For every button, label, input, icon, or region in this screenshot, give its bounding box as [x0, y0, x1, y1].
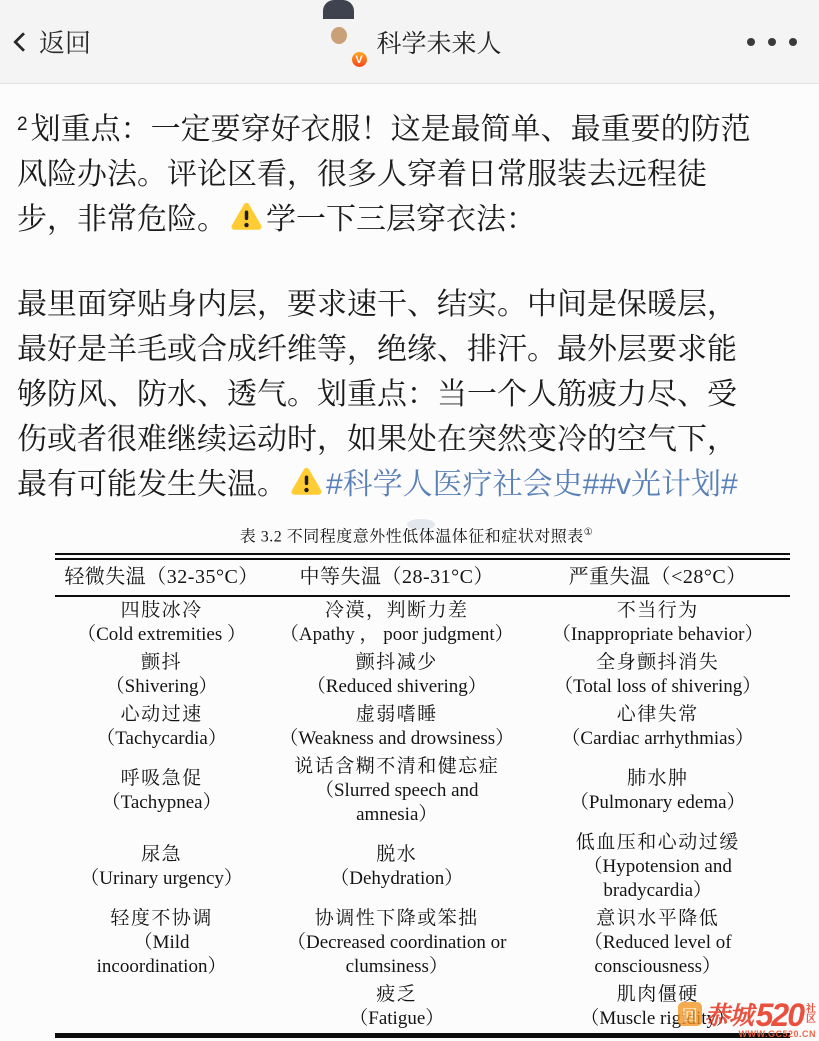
watermark-logo-icon: 回	[678, 1002, 702, 1026]
watermark-number: 520	[756, 1000, 803, 1030]
table-cell: 心律失常（Cardiac arrhythmias）	[525, 701, 790, 753]
hashtag-links: #科学人医疗社会史##v光计划#	[326, 468, 738, 501]
table-cell: 冷漠，判断力差（Apathy ， poor judgment）	[268, 596, 525, 649]
more-icon[interactable]	[747, 32, 797, 52]
symptom-table: 轻微失温（32-35°C）中等失温（28-31°C）严重失温（<28°C） 四肢…	[55, 553, 790, 1038]
chevron-left-icon	[13, 32, 33, 52]
table-cell: 心动过速（Tachycardia）	[55, 701, 268, 753]
table-cell: 颤抖（Shivering）	[55, 649, 268, 701]
watermark-url: WWW.GC520.CN	[678, 1029, 816, 1039]
table-cell: 肺水肿（Pulmonary edema）	[525, 753, 790, 829]
warning-emoji	[230, 200, 263, 233]
table-cell: 尿急（Urinary urgency）	[55, 829, 268, 905]
back-label: 返回	[39, 23, 91, 60]
post-paragraph-1: 2划重点：一定要穿好衣服！这是最简单、最重要的防范 风险办法。评论区看，很多人穿…	[17, 102, 802, 242]
paragraph-1-tail: 学一下三层穿衣法：	[266, 203, 536, 236]
table-cell: 呼吸急促（Tachypnea）	[55, 753, 268, 829]
table-cell: 颤抖减少（Reduced shivering）	[268, 649, 525, 701]
table-row: 心动过速（Tachycardia）虚弱嗜睡（Weakness and drows…	[55, 701, 790, 753]
table-row: 呼吸急促（Tachypnea）说话含糊不清和健忘症（Slurred speech…	[55, 753, 790, 829]
table-row: 四肢冰冷（Cold extremities ）冷漠，判断力差（Apathy ， …	[55, 596, 790, 649]
watermark-name: 恭城	[705, 1003, 753, 1031]
table-cell: 疲乏（Fatigue）	[268, 981, 525, 1036]
table-row: 轻度不协调（Mild incoordination）协调性下降或笨拙（Decre…	[55, 905, 790, 981]
table-row: 尿急（Urinary urgency）脱水（Dehydration）低血压和心动…	[55, 829, 790, 905]
user-info[interactable]: V 科学未来人	[317, 18, 501, 65]
table-cell: 说话含糊不清和健忘症（Slurred speech and amnesia）	[268, 753, 525, 829]
symptom-table-header-row: 轻微失温（32-35°C）中等失温（28-31°C）严重失温（<28°C）	[55, 557, 790, 597]
back-button[interactable]: 返回	[16, 23, 91, 60]
warning-emoji	[290, 465, 323, 498]
watermark: 回 恭城 520 社区 WWW.GC520.CN	[678, 1000, 816, 1039]
table-cell	[55, 981, 268, 1036]
table-cell: 低血压和心动过缓（Hypotension and bradycardia）	[525, 829, 790, 905]
table-cell: 意识水平降低（Reduced level of consciousness）	[525, 905, 790, 981]
table-cell: 协调性下降或笨拙（Decreased coordination or clums…	[268, 905, 525, 981]
table-title: 表 3.2 不同程度意外性低体温体征和症状对照表①	[49, 521, 784, 549]
symptom-table-body: 四肢冰冷（Cold extremities ）冷漠，判断力差（Apathy ， …	[55, 596, 790, 1036]
username: 科学未来人	[376, 24, 501, 60]
header-bar: 返回 V 科学未来人	[0, 0, 819, 84]
table-image[interactable]: 表 3.2 不同程度意外性低体温体征和症状对照表① 轻微失温（32-35°C）中…	[55, 521, 790, 1038]
table-cell: 虚弱嗜睡（Weakness and drowsiness）	[268, 701, 525, 753]
post-content: 2划重点：一定要穿好衣服！这是最简单、最重要的防范 风险办法。评论区看，很多人穿…	[0, 102, 819, 1038]
avatar[interactable]: V	[317, 18, 364, 65]
hashtag-link[interactable]: #v光计划#	[599, 468, 737, 501]
column-header: 轻微失温（32-35°C）	[55, 557, 268, 597]
table-cell: 全身颤抖消失（Total loss of shivering）	[525, 649, 790, 701]
table-row: 颤抖（Shivering）颤抖减少（Reduced shivering）全身颤抖…	[55, 649, 790, 701]
watermark-side-text: 社区	[806, 1005, 816, 1025]
table-cell: 不当行为（Inappropriate behavior）	[525, 596, 790, 649]
hashtag-link[interactable]: #科学人医疗社会史#	[326, 468, 599, 501]
post-paragraph-2: 最里面穿贴身内层，要求速干、结实。中间是保暖层， 最好是羊毛或合成纤维等，绝缘、…	[17, 282, 802, 507]
table-cell: 轻度不协调（Mild incoordination）	[55, 905, 268, 981]
column-header: 严重失温（<28°C）	[525, 557, 790, 597]
table-cell: 脱水（Dehydration）	[268, 829, 525, 905]
column-header: 中等失温（28-31°C）	[268, 557, 525, 597]
table-cell: 四肢冰冷（Cold extremities ）	[55, 596, 268, 649]
table-title-footnote: ①	[584, 527, 593, 538]
verified-badge-icon: V	[349, 50, 368, 69]
superscript-number: 2	[17, 114, 28, 135]
